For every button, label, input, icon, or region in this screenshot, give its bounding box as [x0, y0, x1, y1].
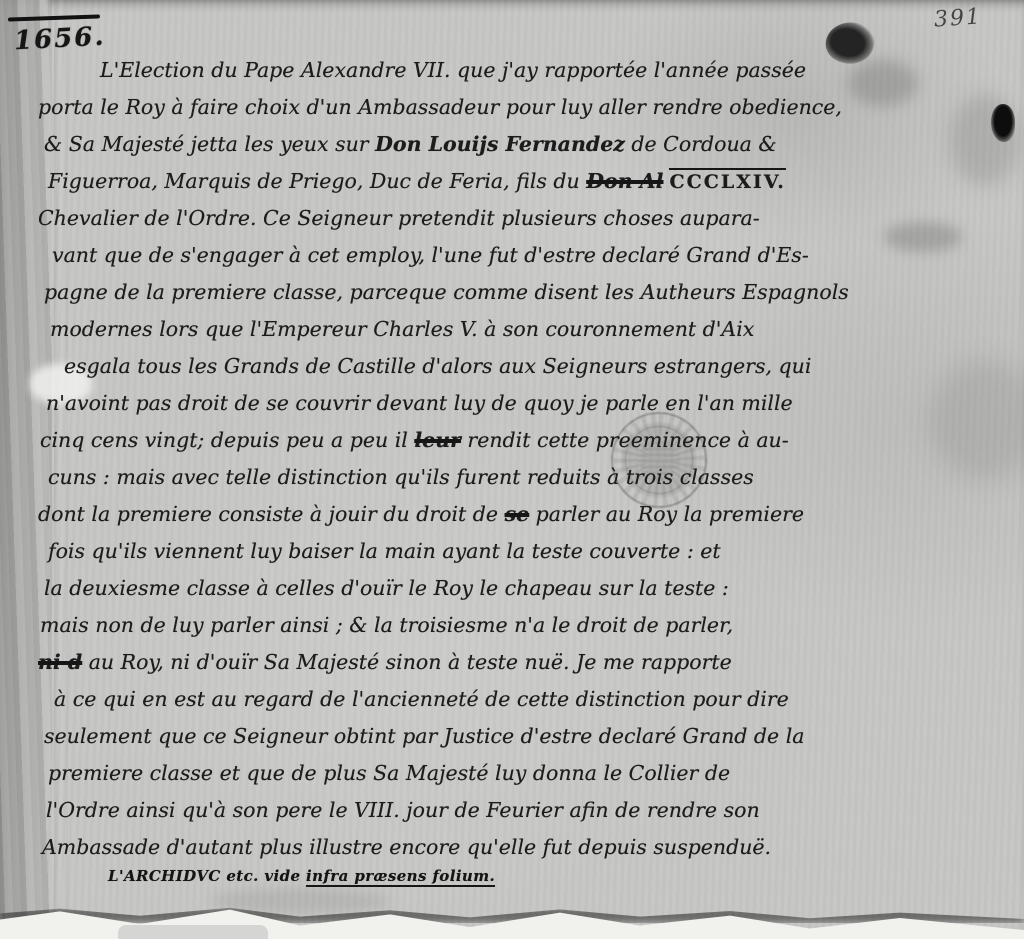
text-segment: parler au Roy la premiere	[529, 502, 804, 526]
text-segment: premiere classe et que de plus Sa Majest…	[48, 761, 730, 785]
text-line: mais non de luy parler ainsi ; & la troi…	[38, 607, 826, 644]
text-line: dont la premiere consiste à jouir du dro…	[38, 496, 826, 533]
margin-reference: CCCLXIV.	[669, 168, 785, 193]
footer-archive-note: L'ARCHIDVC etc. vide infra præsens foliu…	[38, 866, 826, 888]
text-segment: Don Louijs Fernandez	[375, 132, 625, 156]
paper-scrap	[118, 925, 268, 939]
text-segment: L'ARCHIDVC etc. vide	[108, 867, 306, 885]
text-line: Ambassade d'autant plus illustre encore …	[38, 829, 826, 866]
text-segment: esgala tous les Grands de Castille d'alo…	[64, 354, 811, 378]
folio-page-number: 391	[933, 4, 983, 32]
text-segment: modernes lors que l'Empereur Charles V. …	[50, 317, 754, 341]
text-segment: Chevalier de l'Ordre. Ce Seigneur preten…	[38, 206, 760, 230]
text-line: premiere classe et que de plus Sa Majest…	[38, 755, 826, 792]
text-segment: cinq cens vingt; depuis peu a peu il	[40, 428, 414, 452]
paper-stain	[930, 360, 1024, 480]
text-segment: Don Al	[586, 169, 663, 193]
text-line: seulement que ce Seigneur obtint par Jus…	[38, 718, 826, 755]
text-line: l'Ordre ainsi qu'à son pere le VIII. jou…	[38, 792, 826, 829]
text-segment: dont la premiere consiste à jouir du dro…	[38, 502, 505, 526]
ink-smudge	[848, 60, 918, 106]
text-segment: se	[505, 502, 530, 526]
text-segment: de Cordoua &	[625, 132, 777, 156]
ink-smudge	[884, 222, 962, 252]
text-segment: l'Ordre ainsi qu'à son pere le VIII. jou…	[46, 798, 760, 822]
text-segment: leur	[414, 428, 461, 452]
text-segment: & Sa Majesté jetta les yeux sur	[44, 132, 375, 156]
text-line: cinq cens vingt; depuis peu a peu il leu…	[38, 422, 826, 459]
text-segment: porta le Roy à faire choix d'un Ambassad…	[38, 95, 842, 119]
text-line: ni d au Roy, ni d'ouïr Sa Majesté sinon …	[38, 644, 826, 681]
text-line: cuns : mais avec telle distinction qu'il…	[38, 459, 826, 496]
text-line: à ce qui en est au regard de l'anciennet…	[38, 681, 826, 718]
text-line: & Sa Majesté jetta les yeux sur Don Loui…	[38, 126, 826, 163]
text-segment: à ce qui en est au regard de l'anciennet…	[54, 687, 789, 711]
text-segment: au Roy, ni d'ouïr Sa Majesté sinon à tes…	[82, 650, 732, 674]
text-segment: mais non de luy parler ainsi ; & la troi…	[40, 613, 733, 637]
text-line: porta le Roy à faire choix d'un Ambassad…	[38, 89, 826, 126]
text-segment: L'Election du Pape Alexandre VII. que j'…	[100, 58, 806, 82]
text-segment: la deuxiesme classe à celles d'ouïr le R…	[44, 576, 729, 600]
text-segment: seulement que ce Seigneur obtint par Jus…	[44, 724, 804, 748]
manuscript-text: L'Election du Pape Alexandre VII. que j'…	[38, 52, 826, 888]
text-segment: ni d	[38, 650, 82, 674]
text-line: Figuerroa, Marquis de Priego, Duc de Fer…	[38, 163, 826, 200]
text-line: L'Election du Pape Alexandre VII. que j'…	[38, 52, 826, 89]
text-line: esgala tous les Grands de Castille d'alo…	[38, 348, 826, 385]
year-marginal-note: 1656.	[14, 24, 105, 54]
manuscript-scan-page: 1656. 391 L'Election du Pape Alexandre V…	[0, 0, 1024, 939]
text-line: la deuxiesme classe à celles d'ouïr le R…	[38, 570, 826, 607]
text-line: vant que de s'engager à cet employ, l'un…	[38, 237, 826, 274]
text-line: fois qu'ils viennent luy baiser la main …	[38, 533, 826, 570]
text-line: Chevalier de l'Ordre. Ce Seigneur preten…	[38, 200, 826, 237]
text-line: n'avoint pas droit de se couvrir devant …	[38, 385, 826, 422]
text-segment: n'avoint pas droit de se couvrir devant …	[46, 391, 793, 415]
text-segment: rendit cette preeminence à au-	[461, 428, 789, 452]
ink-blot	[991, 104, 1015, 142]
text-segment: pagne de la premiere classe, parceque co…	[44, 280, 849, 304]
text-line: modernes lors que l'Empereur Charles V. …	[38, 311, 826, 348]
text-segment: vant que de s'engager à cet employ, l'un…	[52, 243, 809, 267]
text-segment: fois qu'ils viennent luy baiser la main …	[48, 539, 721, 563]
text-segment: Ambassade d'autant plus illustre encore …	[42, 835, 771, 859]
text-segment: infra præsens folium.	[306, 867, 495, 887]
text-segment: Figuerroa, Marquis de Priego, Duc de Fer…	[48, 169, 586, 193]
text-line: pagne de la premiere classe, parceque co…	[38, 274, 826, 311]
text-segment: cuns : mais avec telle distinction qu'il…	[48, 465, 754, 489]
